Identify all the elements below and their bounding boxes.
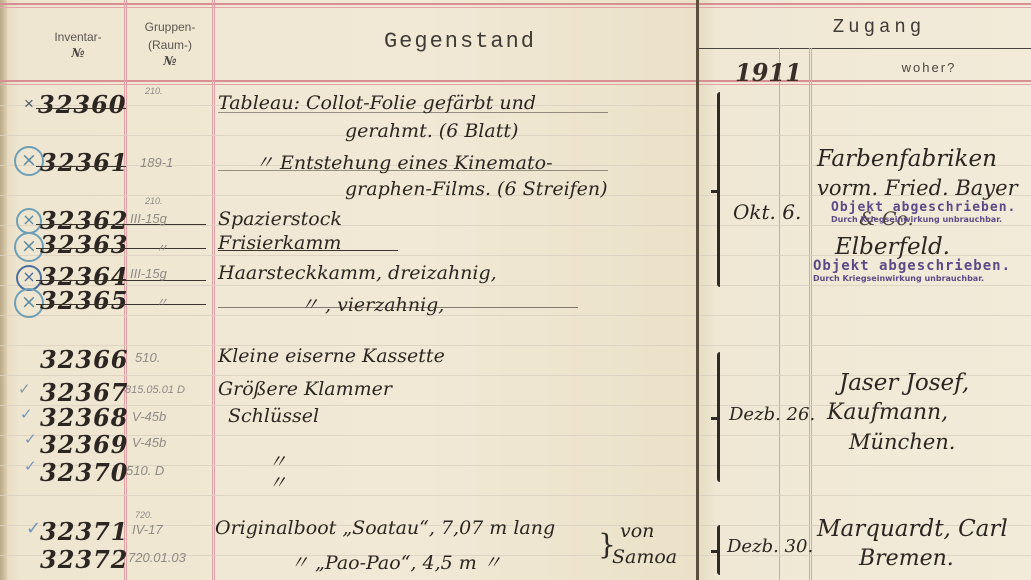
column-divider-woher <box>809 48 810 580</box>
strike-line <box>218 170 608 171</box>
strike-line <box>36 248 206 249</box>
x-mark-icon: × <box>24 94 34 114</box>
group-number: 210. <box>145 196 163 206</box>
header-top-rule-2 <box>699 7 1031 8</box>
group-number: III-15g <box>130 266 167 281</box>
header-bottom-rule <box>0 80 697 82</box>
ledger-year: 1911 <box>735 58 802 87</box>
circled-x-icon: × <box>16 208 42 234</box>
inventory-number: 32369 <box>40 430 129 459</box>
group-number: V-45b <box>132 435 166 450</box>
group-number: 815.05.01 D <box>125 384 185 396</box>
item-description-cont: graphen-Films. (6 Streifen) <box>345 178 608 200</box>
stamp-title: Objekt abgeschrieben. <box>813 258 1011 274</box>
right-page: Zugang woher? Okt. 6. Dezb. 26. Dezb. 30… <box>699 0 1031 580</box>
item-description-cont: gerahmt. (6 Blatt) <box>345 120 518 142</box>
zugang-divider <box>699 48 1031 49</box>
check-mark-icon: ✓ <box>20 405 33 423</box>
header-inventar: Inventar- № <box>38 28 118 60</box>
group-number: 720.01.03 <box>128 550 186 565</box>
item-description: Schlüssel <box>228 405 319 427</box>
group-number: 720. <box>135 510 153 520</box>
source-line: Jaser Josef, <box>839 370 969 396</box>
write-off-stamp: Objekt abgeschrieben. Durch Kriegseinwir… <box>831 200 1016 224</box>
column-divider-date <box>779 48 780 580</box>
item-description: 〃 , vierzahnig, <box>300 290 444 317</box>
inventory-number: 32361 <box>40 148 129 177</box>
strike-line <box>218 112 608 113</box>
header-top-rule <box>699 3 1031 5</box>
inventory-number: 32363 <box>40 230 129 259</box>
header-top-rule <box>0 3 697 5</box>
brace-icon <box>717 92 720 287</box>
check-mark-icon: ✓ <box>24 430 37 448</box>
column-divider-gruppen <box>212 0 213 580</box>
source-line: Elberfeld. <box>835 234 950 260</box>
header-zugang: Zugang <box>779 16 979 38</box>
group-number: V-45b <box>132 409 166 424</box>
item-origin: Samoa <box>612 546 677 568</box>
group-number: III-15g <box>130 211 167 226</box>
header-inventar-no: № <box>38 46 118 60</box>
column-divider-gruppen-2 <box>214 0 215 580</box>
group-number: 189-1 <box>140 155 173 170</box>
inventory-number: 32368 <box>40 403 129 432</box>
strike-line <box>36 304 206 305</box>
left-page: Inventar- № Gruppen- (Raum-) № Gegenstan… <box>0 0 697 580</box>
source-line: vorm. Fried. Bayer <box>817 176 1018 200</box>
source-line: Bremen. <box>859 546 954 571</box>
item-description: Kleine eiserne Kassette <box>218 345 445 367</box>
strike-line <box>36 224 206 225</box>
source-line: Marquardt, Carl <box>817 516 1008 542</box>
stamp-title: Objekt abgeschrieben. <box>831 200 1016 215</box>
entry-date: Dezb. 26. <box>729 404 815 425</box>
inventory-number: 32371 <box>40 517 129 546</box>
header-inventar-label: Inventar- <box>38 28 118 46</box>
check-mark-icon: ✓ <box>26 518 41 539</box>
header-top-rule-2 <box>0 7 697 8</box>
stamp-subtitle: Durch Kriegseinwirkung unbrauchbar. <box>813 274 1011 283</box>
item-description: Tableau: Collot-Folie gefärbt und <box>218 92 536 114</box>
column-divider-woher-2 <box>811 48 812 580</box>
group-number: 210. <box>145 86 163 96</box>
strike-line <box>36 108 126 109</box>
header-raum-label: (Raum-) <box>130 36 210 54</box>
write-off-stamp: Objekt abgeschrieben. Durch Kriegseinwir… <box>813 258 1011 283</box>
item-description: Spazierstock <box>218 208 342 230</box>
inventory-number: 32370 <box>40 458 129 487</box>
inventory-number: 32360 <box>38 90 127 119</box>
strike-line <box>218 250 398 251</box>
item-description: Originalboot „Soatau“, 7,07 m lang <box>215 517 555 539</box>
header-gruppen: Gruppen- (Raum-) № <box>130 18 210 68</box>
entry-date: Okt. 6. <box>733 200 801 224</box>
inventory-number: 32365 <box>40 286 129 315</box>
brace-icon <box>717 352 720 482</box>
group-number: 〃 <box>155 238 168 257</box>
header-gegenstand: Gegenstand <box>330 29 590 54</box>
item-origin: von <box>620 520 654 542</box>
page-edge <box>0 0 7 580</box>
group-number: 510. <box>135 350 160 365</box>
group-number: 510. D <box>126 463 164 478</box>
stamp-subtitle: Durch Kriegseinwirkung unbrauchbar. <box>831 215 1016 224</box>
check-mark-icon: ✓ <box>18 380 31 398</box>
strike-line <box>36 166 126 167</box>
entry-date: Dezb. 30. <box>727 536 813 557</box>
item-description: 〃 „Pao-Pao“, 4,5 m 〃 <box>290 548 502 575</box>
source-line: München. <box>849 430 955 454</box>
item-description: Größere Klammer <box>218 378 392 400</box>
item-description: Haarsteckkamm, dreizahnig, <box>218 262 497 284</box>
header-woher: woher? <box>829 60 1029 75</box>
header-bottom-rule-2 <box>0 84 697 85</box>
item-description: 〃 <box>268 468 287 495</box>
inventory-number: 32366 <box>40 345 129 374</box>
check-mark-icon: ✓ <box>24 457 37 475</box>
group-number: 〃 <box>155 292 168 311</box>
source-line: Kaufmann, <box>827 400 948 425</box>
inventory-number: 32372 <box>40 545 129 574</box>
strike-line <box>36 280 206 281</box>
strike-line <box>218 307 578 308</box>
header-gruppen-no: № <box>130 54 210 68</box>
brace-icon <box>717 525 720 575</box>
header-gruppen-label: Gruppen- <box>130 18 210 36</box>
group-number: IV-17 <box>132 522 163 537</box>
source-line: Farbenfabriken <box>817 146 997 172</box>
